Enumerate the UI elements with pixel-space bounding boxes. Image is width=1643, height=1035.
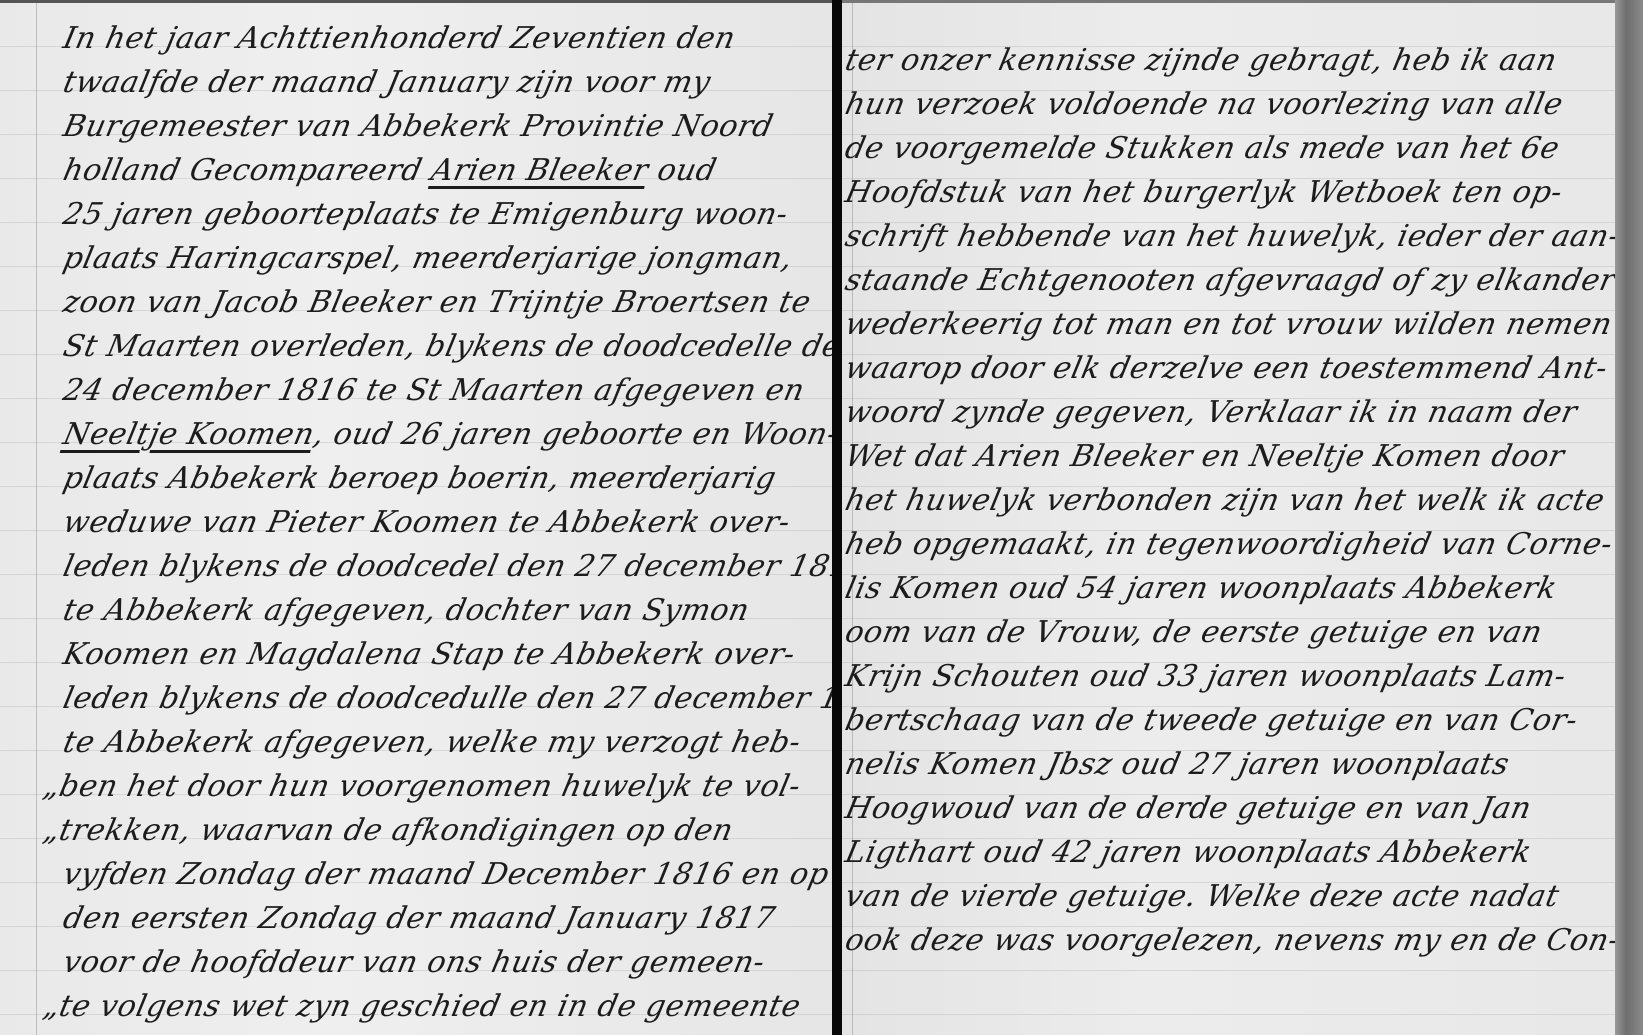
text-line: lis Komen oud 54 jaren woonplaats Abbeke…: [842, 571, 1560, 606]
text-line: ter onzer kennisse zijnde gebragt, heb i…: [842, 43, 1560, 78]
text-line: schrift hebbende van het huwelyk, ieder …: [842, 219, 1615, 254]
text-line: plaats Abbekerk beroep boerin, meerderja…: [60, 461, 779, 496]
text-line: te Abbekerk afgegeven, dochter van Symon: [60, 593, 753, 628]
text-line: leden blykens de doodcedulle den 27 dece…: [60, 681, 832, 716]
text-line: In het jaar Achttienhonderd Zeventien de…: [60, 21, 739, 56]
text-line: den eersten Zondag der maand January 181…: [60, 901, 778, 936]
text-line: plaats Haringcarspel, meerderjarige jong…: [60, 241, 796, 276]
margin-rule: [36, 3, 37, 1035]
text-line: Koomen en Magdalena Stap te Abbekerk ove…: [60, 637, 798, 672]
page-gutter: [832, 0, 842, 1035]
text-line: weduwe van Pieter Koomen te Abbekerk ove…: [60, 505, 793, 540]
text-line: bertschaag van de tweede getuige en van …: [842, 703, 1581, 738]
right-page: ter onzer kennisse zijnde gebragt, heb i…: [842, 0, 1615, 1035]
text-fragment: oud: [644, 153, 720, 188]
text-line: „ben het door hun voorgenomen huwelyk te…: [40, 769, 804, 804]
text-line: „te volgens wet zyn geschied en in de ge…: [40, 989, 804, 1024]
text-line: voor de hoofddeur van ons huis der gemee…: [60, 945, 768, 980]
text-line: 24 december 1816 te St Maarten afgegeven…: [60, 373, 808, 408]
text-line: „trekken, waarvan de afkondigingen op de…: [40, 813, 736, 848]
text-line-bride: Neeltje Koomen, oud 26 jaren geboorte en…: [60, 417, 832, 452]
text-line: de voorgemelde Stukken als mede van het …: [842, 131, 1563, 166]
text-line: waarop door elk derzelve een toestemmend…: [842, 351, 1611, 386]
text-line: Hoogwoud van de derde getuige en van Jan: [842, 791, 1535, 826]
text-line: heb opgemaakt, in tegenwoordigheid van C…: [842, 527, 1615, 562]
left-page: In het jaar Achttienhonderd Zeventien de…: [0, 0, 832, 1035]
text-line: Krijn Schouten oud 33 jaren woonplaats L…: [842, 659, 1569, 694]
text-line: van de vierde getuige. Welke deze acte n…: [842, 879, 1562, 914]
text-line: ook deze was voorgelezen, nevens my en d…: [842, 923, 1615, 958]
text-line: vyfden Zondag der maand December 1816 en…: [60, 857, 832, 892]
text-line: Hoofdstuk van het burgerlyk Wetboek ten …: [842, 175, 1566, 210]
text-line: nelis Komen Jbsz oud 27 jaren woonplaats: [842, 747, 1512, 782]
text-line-groom: holland Gecompareerd Arien Bleeker oud: [60, 153, 720, 188]
text-fragment: holland Gecompareerd: [60, 153, 436, 188]
text-line: Ligthart oud 42 jaren woonplaats Abbeker…: [842, 835, 1535, 870]
text-line: te Abbekerk afgegeven, welke my verzogt …: [60, 725, 804, 760]
text-line: 25 jaren geboorteplaats te Emigenburg wo…: [60, 197, 791, 232]
text-line: zoon van Jacob Bleeker en Trijntje Broer…: [60, 285, 814, 320]
text-line: het huwelyk verbonden zijn van het welk …: [842, 483, 1608, 518]
text-line: woord zynde gegeven, Verklaar ik in naam…: [842, 395, 1580, 430]
bride-name: Neeltje Koomen: [60, 417, 318, 452]
text-line: oom van de Vrouw, de eerste getuige en v…: [842, 615, 1546, 650]
text-line: St Maarten overleden, blykens de doodced…: [60, 329, 832, 364]
text-line: Wet dat Arien Bleeker en Neeltje Komen d…: [842, 439, 1568, 474]
text-fragment: , oud 26 jaren geboorte en Woon-: [310, 417, 832, 452]
text-line: twaalfde der maand January zijn voor my: [60, 65, 714, 100]
text-line: hun verzoek voldoende na voorlezing van …: [842, 87, 1566, 122]
groom-name: Arien Bleeker: [428, 153, 652, 188]
book-edge: [1615, 0, 1643, 1035]
text-line: staande Echtgenooten afgevraagd of zy el…: [842, 263, 1615, 298]
text-line: wederkeerig tot man en tot vrouw wilden …: [842, 307, 1615, 342]
text-line: Burgemeester van Abbekerk Provintie Noor…: [60, 109, 776, 144]
text-line: leden blykens de doodcedel den 27 decemb…: [60, 549, 832, 584]
